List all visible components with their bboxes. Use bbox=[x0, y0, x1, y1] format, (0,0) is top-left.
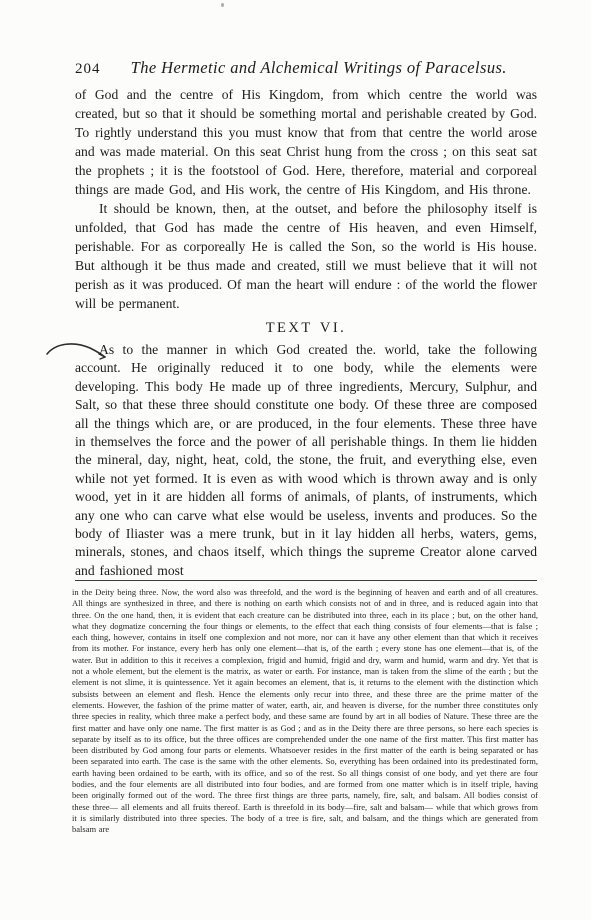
page-number: 204 bbox=[75, 61, 101, 78]
body-text: of God and the centre of His Kingdom, fr… bbox=[75, 85, 537, 580]
body-paragraph: of God and the centre of His Kingdom, fr… bbox=[75, 85, 537, 199]
book-page: 204 The Hermetic and Alchemical Writings… bbox=[0, 0, 591, 920]
body-paragraph: It should be known, then, at the outset,… bbox=[75, 199, 537, 313]
section-heading: TEXT VI. bbox=[75, 319, 537, 338]
footnote-divider bbox=[75, 580, 537, 581]
scan-speck bbox=[221, 3, 224, 7]
footnote-text: in the Deity being three. Now, the word … bbox=[72, 587, 538, 836]
running-title: The Hermetic and Alchemical Writings of … bbox=[101, 58, 538, 78]
running-header: 204 The Hermetic and Alchemical Writings… bbox=[75, 58, 537, 78]
body-paragraph: As to the manner in which God created th… bbox=[75, 341, 537, 580]
